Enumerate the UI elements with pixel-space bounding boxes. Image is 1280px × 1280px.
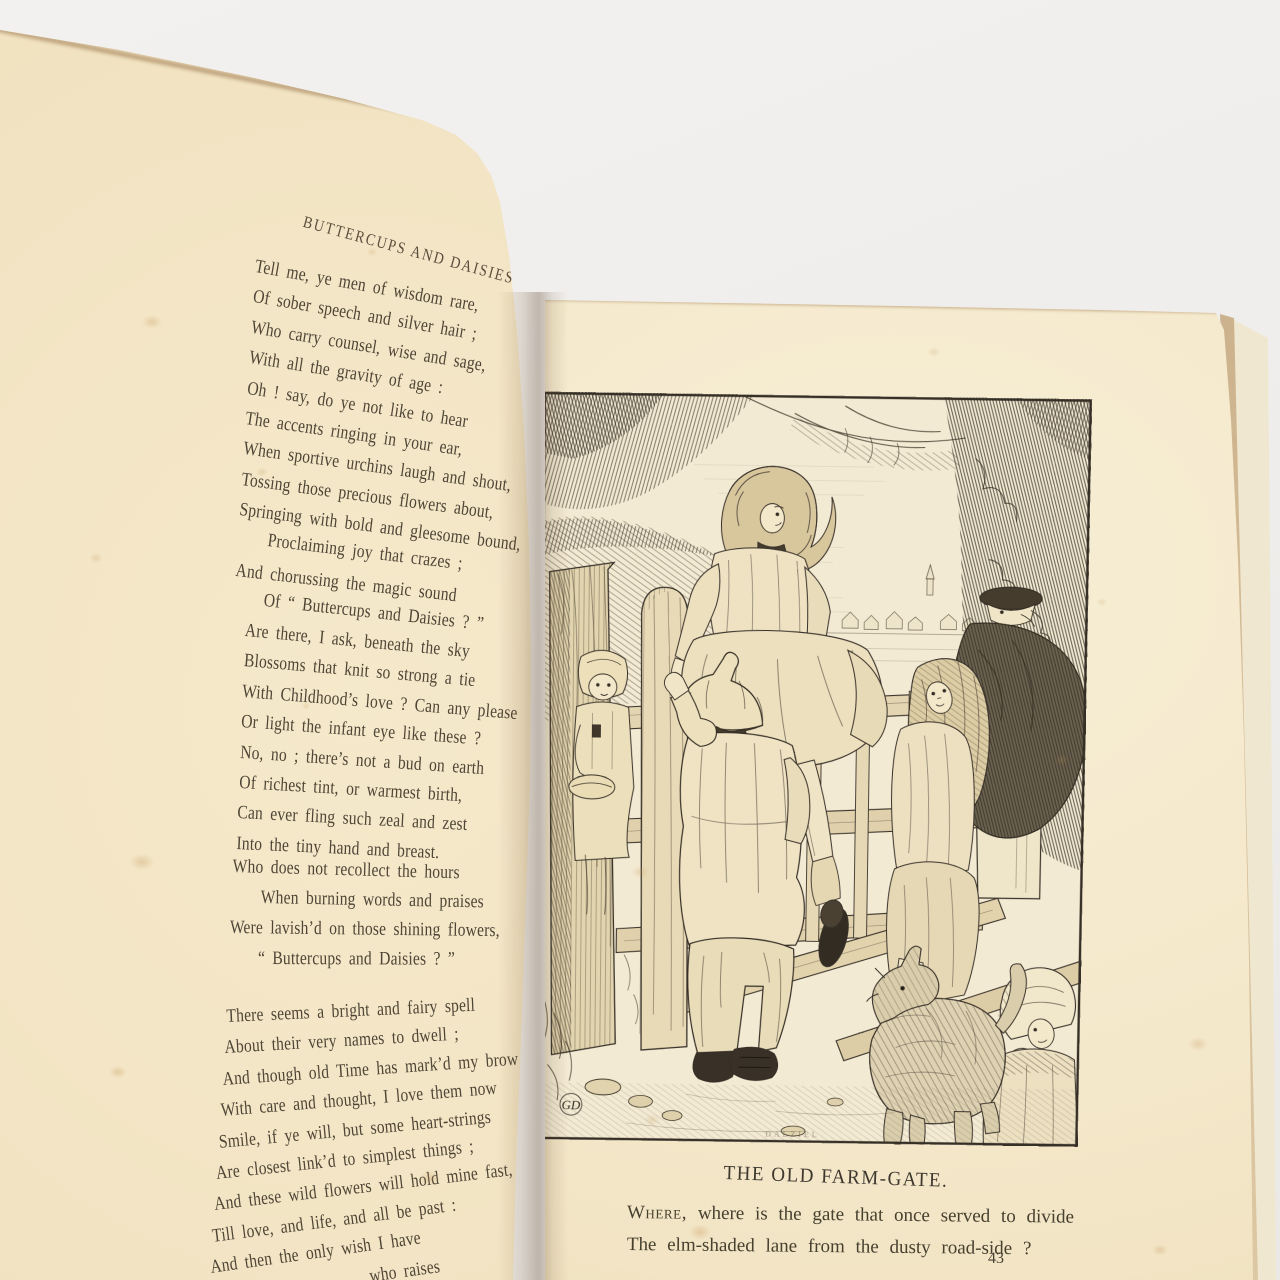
page-number: 43 — [988, 1250, 1004, 1268]
artist-monogram: GD — [560, 1093, 582, 1115]
plate-caption: THE OLD FARM-GATE. — [723, 1162, 949, 1193]
poem-line: When burning words and praises — [261, 887, 485, 913]
poem-line: “ Buttercups and Daisies ? ” — [258, 948, 455, 971]
right-page-top-edge — [540, 296, 1230, 313]
verse-rest: The elm-shaded lane from the dusty road-… — [627, 1234, 1032, 1259]
poem-line: Can ever fling such zeal and zest — [237, 802, 468, 836]
verse-line: Where, where is the gate that once serve… — [627, 1202, 1074, 1229]
verse-lead-smallcaps: Where, — [627, 1202, 687, 1224]
poem-line: who raises — [368, 1256, 441, 1280]
poem-line: Were lavish’d on those shining flowers, — [229, 917, 499, 942]
poem-line: Of richest tint, or warmest birth, — [238, 772, 462, 807]
engraver-signature: DALZIEL — [765, 1130, 819, 1140]
poem-line: There seems a bright and fairy spell — [226, 995, 476, 1028]
verse-rest: where is the gate that once served to di… — [687, 1203, 1074, 1228]
monogram-text: GD — [562, 1097, 581, 1112]
farm-gate-engraving: GD DALZIEL — [537, 392, 1092, 1147]
farm-gate-illustration: GD DALZIEL — [537, 392, 1092, 1147]
verse-line: The elm-shaded lane from the dusty road-… — [627, 1234, 1032, 1260]
